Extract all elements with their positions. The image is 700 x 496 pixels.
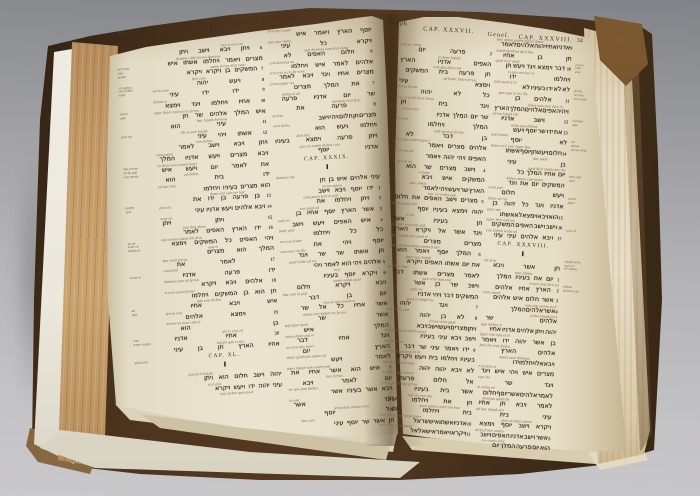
marginal-note-line: frater Ioſeph: [133, 342, 163, 347]
right-page-text-block: Ioseph. CAP. XXXVII. Geneſ. CAP. XXXVIII…: [375, 14, 593, 464]
latin-gloss-line: dixit quæ autem ſuper frater: [395, 137, 430, 143]
marginal-note-line: eum: [569, 179, 585, 184]
marginal-note-line: quod erat: [135, 360, 165, 365]
marginal-note: aitomniaſervus verba: [571, 141, 588, 153]
running-header-cap-xxxvii: CAP. XXXVII.: [423, 25, 473, 35]
marginal-note-line: vir omnia: [564, 268, 580, 273]
marginal-note: eumfrater Ioſeph: [133, 338, 163, 347]
left-page-column-inner: dixit ejus autemיוסףהארץויאמראישejus uxo…: [267, 23, 395, 430]
marginal-note: verba in: [130, 275, 160, 280]
marginal-note: autemejus: [125, 206, 155, 215]
marginal-note: hæc eumeum: [569, 176, 585, 184]
marginal-note: Ioſeph ſervuspoſt rexvir omnia: [564, 260, 581, 272]
marginal-note-line: verba in: [130, 275, 160, 280]
page-number-left: 35: [117, 31, 123, 37]
left-page-text-block: 35 CAP. XL. Geneſ. CAP. XXXIX. ait verba…: [114, 8, 401, 447]
marginal-note-line: omnia: [118, 75, 148, 80]
running-header-cap-xxxix: CAP. XXXIX.: [244, 13, 314, 24]
marginal-note-line: ſervus verba: [571, 149, 587, 154]
marginal-note: verbaquæ: [120, 112, 150, 121]
marginal-note: ait verbaejusomnia: [117, 67, 148, 80]
marginal-note-line: venit: [119, 93, 149, 98]
marginal-note: adpoſt: [131, 309, 161, 318]
marginal-note: ait virvenit virdiebus in: [127, 241, 158, 254]
photo-of-antique-book: 35 CAP. XL. Geneſ. CAP. XXXIX. ait verba…: [0, 0, 700, 496]
marginal-note-line: ejus: [126, 209, 156, 214]
marginal-note: vir Ioſepheccè fratervenit: [118, 85, 149, 98]
marginal-note: eccè vir: [566, 230, 582, 235]
marginal-note-line: erat: [575, 71, 591, 76]
marginal-note-line: poſt: [132, 312, 162, 317]
marginal-note-line: quæ: [120, 115, 150, 120]
right-page-column-inner: cum vir verba3פרעהיוםet domo Ioſephהאפים…: [378, 42, 492, 440]
marginal-note-line: quæ: [572, 124, 588, 129]
marginal-note: hæc ſervusverba poſterat omnia: [123, 167, 154, 180]
marginal-note: verbaſuper: [568, 198, 584, 206]
marginal-note: fecit rex: [121, 134, 151, 139]
hebrew-text-line: 11ויקראויאמראישאלאל: [416, 429, 471, 438]
latin-gloss-line: fecit domo ſuper ejus cum: [474, 449, 501, 451]
marginal-note-line: erat omnia: [124, 174, 154, 179]
marginal-note-line: diebus in: [128, 248, 158, 253]
marginal-note-line: ſuper: [568, 201, 584, 206]
marginal-note-line: erat venit: [573, 97, 589, 102]
marginal-note-line: fecit rex: [121, 134, 151, 139]
left-page-column-outer: hæc in eccè ad6ויתןויבאוישבויתןdominus d…: [150, 41, 283, 399]
marginal-note-line: eccè vir: [566, 230, 582, 235]
running-header-ioseph: Ioseph.: [385, 19, 411, 27]
marginal-note: diebusdominus ejus: [563, 286, 579, 294]
marginal-note: ſervuseumerat: [575, 64, 592, 76]
marginal-note: ſervusrex hæcerat venit: [573, 90, 590, 102]
marginal-note-line: dominus ejus: [563, 289, 579, 294]
hebrew-text-line: הואיוםפרעההמלךיום: [492, 443, 550, 451]
page-number-right: 34: [577, 38, 583, 44]
marginal-note: quod erat: [135, 360, 165, 365]
marginal-note: et fraterquæ: [572, 120, 588, 128]
